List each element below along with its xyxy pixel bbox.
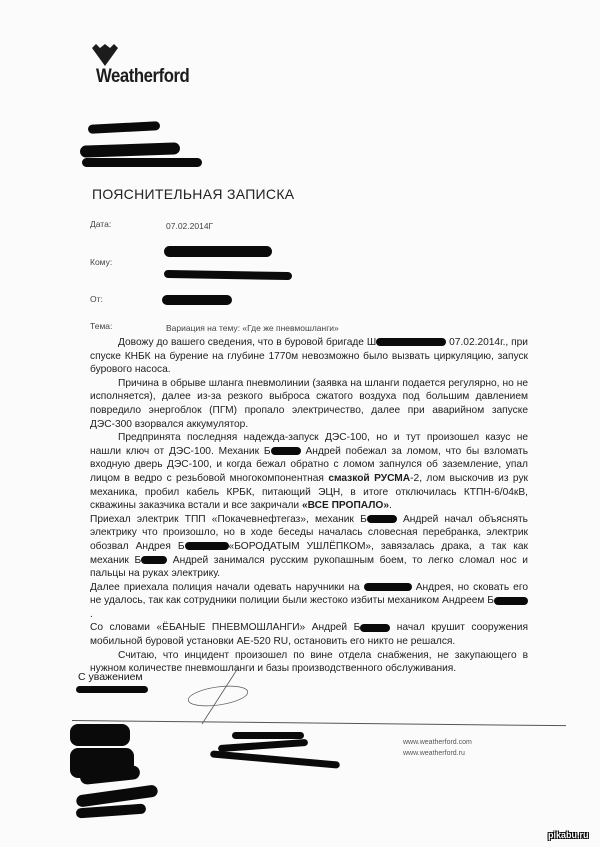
redaction-mark [82, 158, 202, 167]
paragraph: Приехал электрик ТПП «Покачевнефтегаз», … [90, 513, 528, 581]
redaction-mark [494, 597, 528, 605]
subject-label: Тема: [90, 321, 112, 331]
redaction-mark [271, 447, 301, 455]
date-value: 07.02.2014Г [166, 221, 213, 231]
footer-link[interactable]: www.weatherford.com [403, 739, 472, 746]
brand-logo-text: Weatherford [96, 66, 189, 88]
paragraph: Довожу до вашего сведения, что в буровой… [90, 336, 528, 377]
redaction-mark [76, 784, 159, 807]
redaction-mark [232, 732, 304, 739]
paragraph: Причина в обрыве шланга пневмолинии (зая… [90, 377, 528, 431]
redaction-mark [364, 583, 412, 591]
paragraph: Со словами «ЁБАНЫЕ ПНЕВМОШЛАНГИ» Андрей … [90, 621, 528, 648]
paragraph: Предпринята последняя надежда-запуск ДЭС… [90, 431, 528, 513]
weatherford-logo-icon [92, 44, 118, 66]
to-label: Кому: [90, 257, 112, 267]
closing-text: С уважением [78, 671, 143, 683]
signature [186, 668, 256, 728]
footer-link[interactable]: www.weatherford.ru [403, 750, 465, 757]
date-label: Дата: [90, 219, 111, 229]
redaction-mark [88, 121, 160, 134]
paragraph: Считаю, что инцидент произошел по вине о… [90, 649, 528, 676]
document-title: ПОЯСНИТЕЛЬНАЯ ЗАПИСКА [92, 186, 294, 202]
redaction-mark [141, 556, 167, 564]
redaction-mark [162, 295, 232, 305]
document-body: Довожу до вашего сведения, что в буровой… [90, 336, 528, 676]
redaction-mark [376, 338, 446, 346]
subject-value: Вариация на тему: «Где же пневмошланги» [166, 323, 339, 333]
redaction-mark [185, 542, 229, 550]
redaction-mark [76, 686, 148, 693]
redaction-mark [210, 750, 340, 768]
watermark: pikabu.ru [548, 830, 589, 840]
from-label: От: [90, 294, 103, 304]
footer-divider [72, 720, 566, 726]
redaction-mark [164, 270, 292, 280]
paragraph: Далее приехала полиция начали одевать на… [90, 581, 528, 622]
redaction-mark [164, 246, 272, 257]
redaction-mark [80, 142, 180, 157]
redaction-mark [218, 739, 308, 752]
redaction-mark [360, 624, 390, 632]
redaction-mark [70, 724, 130, 746]
redaction-mark [367, 515, 397, 523]
